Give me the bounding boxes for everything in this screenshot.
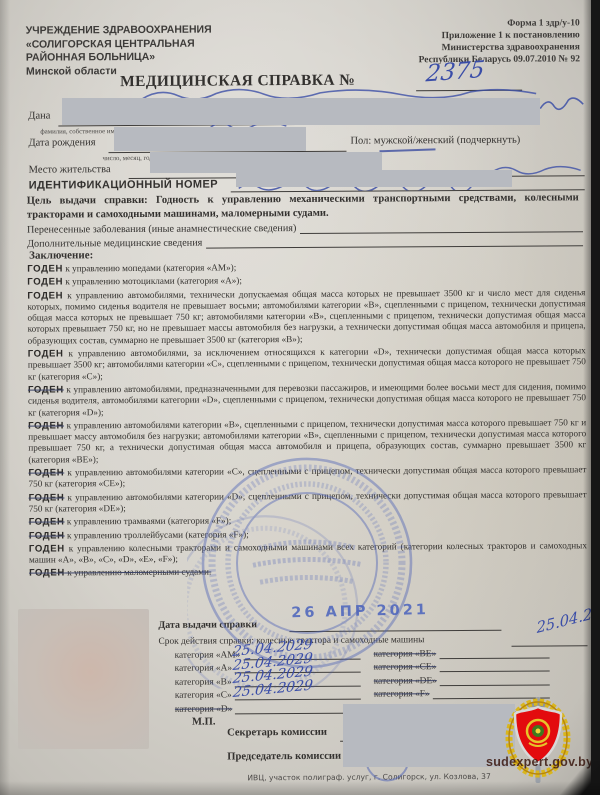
category-dates-left: категория «АМ»25.04.2029категория «А»25.… <box>175 646 361 715</box>
conclusion-item: ГОДЕН к управлению колесными тракторами … <box>29 540 587 566</box>
conclusion-verdict: ГОДЕН <box>29 492 65 503</box>
conclusion-verdict: ГОДЕН <box>29 568 65 579</box>
conclusion-item: ГОДЕН к управлению троллейбусами (катего… <box>29 527 587 542</box>
id-number-label: ИДЕНТИФИКАЦИОННЫЙ НОМЕР <box>29 178 218 191</box>
conclusion-verdict: ГОДЕН <box>27 263 63 274</box>
conclusion-item: ГОДЕН к управлению мотоциклами (категори… <box>27 274 585 289</box>
issuing-organization: УЧРЕЖДЕНИЕ ЗДРАВООХРАНЕНИЯ «СОЛИГОРСКАЯ … <box>26 23 286 79</box>
photo-edge-shadow <box>583 0 591 795</box>
sex-option-female: женский <box>416 135 454 146</box>
blurred-redaction-box <box>18 609 149 749</box>
chairman-label: Председатель комиссии <box>227 751 341 763</box>
certificate-number-line <box>416 90 522 92</box>
additional-info-row: Дополнительные медицинские сведения <box>27 233 583 249</box>
seal-placeholder-label: М.П. <box>192 717 216 728</box>
birth-date-sublabel: число, месяц, год <box>103 155 153 162</box>
conclusion-heading: Заключение: <box>29 249 93 261</box>
conclusion-item: ГОДЕН к управлению автомобилями, за искл… <box>28 345 586 382</box>
category-label: категория «СЕ» <box>374 662 437 672</box>
category-label: категория «В» <box>175 677 232 687</box>
category-label: категория «DE» <box>374 676 437 686</box>
conclusion-verdict: ГОДЕН <box>29 517 65 528</box>
redaction-box <box>62 98 540 125</box>
handwriting-stroke <box>538 94 586 114</box>
conclusion-item: ГОДЕН к управлению автомобилями категори… <box>28 464 586 490</box>
redaction-box <box>114 127 306 151</box>
conclusion-item: ГОДЕН к управлению автомобилями, техниче… <box>27 287 585 347</box>
conclusion-item: ГОДЕН к управлению автомобилями категори… <box>28 417 586 466</box>
purpose-text: Цель выдачи справки: Годность к управлен… <box>27 191 579 221</box>
category-row: категория «D» <box>175 700 361 715</box>
date-stamp: 26 АПР 2021 <box>291 602 429 621</box>
sex-option-male: мужской <box>374 135 413 146</box>
category-date-line <box>440 674 550 686</box>
secretary-label: Секретарь комиссии <box>227 727 327 739</box>
category-row: категория «СЕ» <box>374 658 550 673</box>
category-date-line <box>439 660 549 672</box>
conclusion-item: ГОДЕН к управлению трамваями (категория … <box>29 513 587 528</box>
conclusion-item: ГОДЕН к управлению автомобилями, предназ… <box>28 381 586 418</box>
photo-edge-shadow <box>0 781 600 795</box>
conclusion-verdict: ГОДЕН <box>29 530 65 541</box>
conclusion-verdict: ГОДЕН <box>29 543 65 554</box>
category-label: категория «С» <box>175 690 232 700</box>
category-label: категория «АМ» <box>175 650 241 660</box>
diseases-label: Перенесенные заболевания (иные анамнести… <box>27 223 296 236</box>
redaction-box <box>236 170 512 187</box>
sex-note: (подчеркнуть) <box>457 135 521 146</box>
category-label: категория «ВЕ» <box>374 649 437 659</box>
scanned-medical-certificate: УЧРЕЖДЕНИЕ ЗДРАВООХРАНЕНИЯ «СОЛИГОРСКАЯ … <box>0 0 600 795</box>
conclusion-verdict: ГОДЕН <box>28 349 64 360</box>
residence-label: Место жительства <box>29 164 111 176</box>
conclusion-verdict: ГОДЕН <box>28 467 64 478</box>
sex-label: Пол: <box>350 136 371 147</box>
conclusion-verdict: ГОДЕН <box>28 420 64 431</box>
conclusion-item: ГОДЕН к управлению автомобилями категори… <box>29 489 587 515</box>
category-row: категория «DE» <box>374 671 550 686</box>
category-row: категория «С»25.04.2029 <box>175 686 361 701</box>
conclusion-item: ГОДЕН к управлению мопедами (категория «… <box>27 260 585 275</box>
issue-date-label: Дата выдачи справки <box>158 619 257 631</box>
conclusions-list: ГОДЕН к управлению мопедами (категория «… <box>27 260 587 581</box>
category-label: категория «F» <box>374 689 430 699</box>
conclusion-item: ГОДЕН к управлению маломерными судами. <box>29 565 587 580</box>
additional-info-label: Дополнительные медицинские сведения <box>27 238 202 250</box>
category-label: категория «А» <box>175 663 232 673</box>
birth-date-label: Дата рождения <box>28 137 95 148</box>
document-title: МЕДИЦИНСКАЯ СПРАВКА № <box>120 72 355 91</box>
photo-edge-shadow <box>0 0 10 795</box>
given-to-label: Дана <box>28 111 50 122</box>
conclusion-verdict: ГОДЕН <box>27 290 63 301</box>
category-date-line <box>439 647 549 659</box>
sex-field: Пол: мужской/женский (подчеркнуть) <box>350 135 520 147</box>
category-row: категория «ВЕ» <box>374 644 550 659</box>
photo-edge <box>591 0 600 795</box>
conclusion-verdict: ГОДЕН <box>28 384 64 395</box>
category-label: категория «D» <box>175 704 232 714</box>
pen-underline-male <box>379 148 435 152</box>
certificate-number-handwritten: 2375 <box>425 57 486 88</box>
conclusion-verdict: ГОДЕН <box>27 277 63 288</box>
